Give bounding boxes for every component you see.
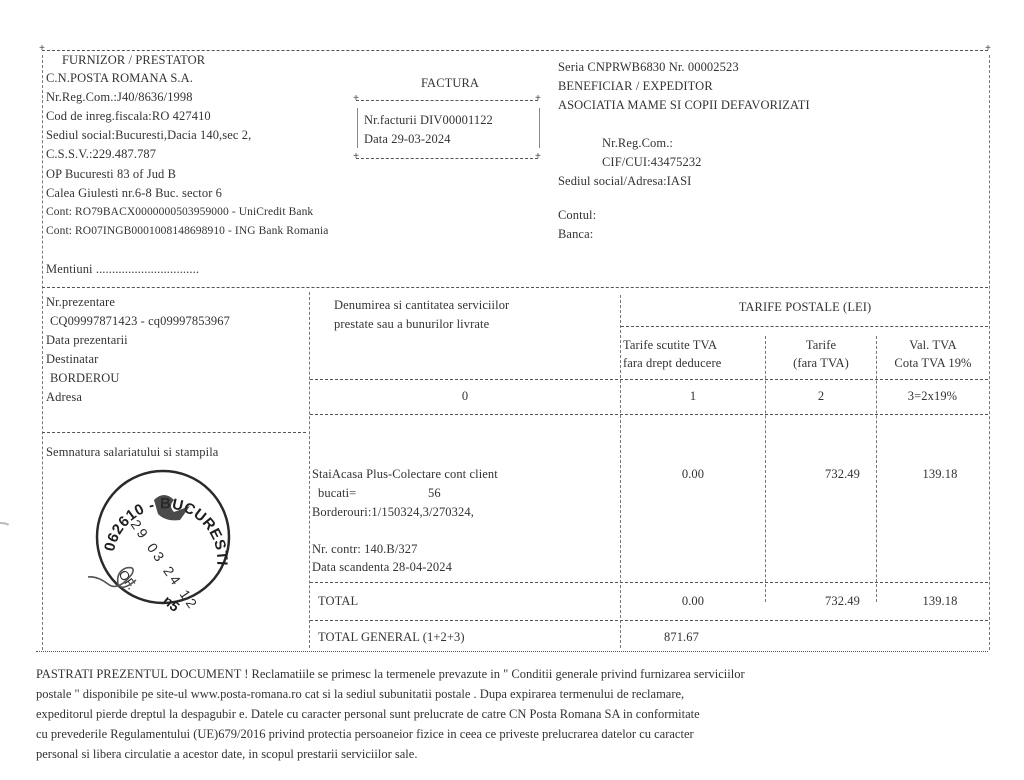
item-exempt-value: 0.00: [621, 465, 765, 484]
desc-header-line-2: prestate sau a bunurilor livrate: [334, 315, 489, 334]
col2-header-line-2: (fara TVA): [768, 354, 874, 373]
header-divider: [42, 287, 988, 288]
presentation-date-label: Data prezentarii: [46, 331, 128, 350]
beneficiary-cif: CIF/CUI:43475232: [602, 153, 702, 172]
col3-header-line-2: Cota TVA 19%: [878, 354, 988, 373]
supplier-heading: FURNIZOR / PRESTATOR: [62, 51, 205, 70]
item-tariff-value: 732.49: [766, 465, 860, 484]
invoice-box-right: [539, 108, 540, 148]
tariffs-header-divider: [621, 326, 988, 327]
supplier-account-2: Cont: RO07INGB0001008148698910 - ING Ban…: [46, 222, 328, 241]
frame-right-border: [989, 55, 990, 650]
item-quantity: 56: [428, 484, 441, 503]
table-index-divider: [310, 414, 988, 415]
supplier-cssv: C.S.S.V.:229.487.787: [46, 145, 156, 164]
supplier-headquarters: Sediul social:Bucuresti,Dacia 140,sec 2,: [46, 126, 251, 145]
col-index-3: 3=2x19%: [877, 387, 988, 406]
col-index-1: 1: [621, 387, 765, 406]
col1-header-line-2: fara drept deducere: [623, 354, 721, 373]
invoice-box-corner: +: [535, 153, 541, 163]
presentation-nr-label: Nr.prezentare: [46, 293, 115, 312]
footer-line: cu prevederile Regulamentului (UE)679/20…: [36, 724, 996, 744]
tariffs-header: TARIFE POSTALE (LEI): [622, 298, 988, 317]
supplier-account-1: Cont: RO79BACX0000000503959000 - UniCred…: [46, 203, 313, 222]
invoice-box-corner: +: [535, 95, 541, 105]
beneficiary-heading: BENEFICIAR / EXPEDITOR: [558, 77, 713, 96]
recipient-label: Destinatar: [46, 350, 98, 369]
item-quantity-label: bucati=: [318, 484, 356, 503]
col-index-0: 0: [310, 387, 620, 406]
col1-header-line-1: Tarife scutite TVA: [623, 336, 717, 355]
col2-header-line-1: Tarife: [768, 336, 874, 355]
footer-line: PASTRATI PREZENTUL DOCUMENT ! Reclamatii…: [36, 664, 996, 684]
footer-line: personal si libera circulatie a acestor …: [36, 744, 996, 764]
invoice-box-corner: +: [353, 153, 359, 163]
item-due-date: Data scandenta 28-04-2024: [312, 558, 452, 577]
beneficiary-address: Sediul social/Adresa:IASI: [558, 172, 691, 191]
post-office-stamp: 062610 - BUCURESTI 83 29 03 24 12 OF. n5: [88, 462, 238, 612]
supplier-address: Calea Giulesti nr.6-8 Buc. sector 6: [46, 184, 222, 203]
footer-line: expeditorul pierde dreptul la despagubir…: [36, 704, 996, 724]
footer-top-divider: [36, 651, 988, 652]
grand-total-divider: [310, 620, 988, 621]
total-divider: [310, 582, 988, 583]
footer-line: postale " disponibile pe site-ul www.pos…: [36, 684, 996, 704]
invoice-box-top: [356, 100, 538, 101]
col3-header-line-1: Val. TVA: [878, 336, 988, 355]
invoice-box-left: [357, 108, 358, 148]
supplier-name: C.N.POSTA ROMANA S.A.: [46, 69, 193, 88]
presentation-nr-value: CQ09997871423 - cq09997853967: [50, 312, 230, 331]
invoice-date: Data 29-03-2024: [364, 130, 451, 149]
scan-punch-hole: [0, 517, 25, 566]
frame-corner: +: [39, 45, 45, 55]
invoice-number: Nr.facturii DIV00001122: [364, 111, 493, 130]
signature-divider: [42, 432, 306, 433]
table-header-divider: [310, 379, 988, 380]
col-index-2: 2: [766, 387, 876, 406]
beneficiary-reg-com: Nr.Reg.Com.:: [602, 134, 673, 153]
total-exempt-value: 0.00: [621, 592, 765, 611]
beneficiary-account: Contul:: [558, 206, 596, 225]
total-tariff-value: 732.49: [766, 592, 860, 611]
item-vat-value: 139.18: [900, 465, 980, 484]
desc-header-line-1: Denumirea si cantitatea serviciilor: [334, 296, 509, 315]
item-borderouri: Borderouri:1/150324,3/270324,: [312, 503, 474, 522]
invoice-title: FACTURA: [400, 74, 500, 93]
frame-left-border: [42, 55, 43, 650]
invoice-box-bottom: [356, 158, 538, 159]
item-service: StaiAcasa Plus-Colectare cont client: [312, 465, 498, 484]
invoice-box-corner: +: [353, 95, 359, 105]
supplier-office: OP Bucuresti 83 of Jud B: [46, 165, 176, 184]
grand-total-value: 871.67: [664, 628, 699, 647]
frame-corner: +: [985, 45, 991, 55]
table-col-divider-3: [876, 336, 877, 602]
footer-notice: PASTRATI PREZENTUL DOCUMENT ! Reclamatii…: [36, 664, 996, 764]
signature-label: Semnatura salariatului si stampila: [46, 443, 218, 462]
supplier-reg-com: Nr.Reg.Com.:J40/8636/1998: [46, 88, 193, 107]
item-contract: Nr. contr: 140.B/327: [312, 540, 417, 559]
total-vat-value: 139.18: [900, 592, 980, 611]
beneficiary-bank: Banca:: [558, 225, 593, 244]
address-label: Adresa: [46, 388, 82, 407]
beneficiary-name: ASOCIATIA MAME SI COPII DEFAVORIZATI: [558, 96, 810, 115]
stamp-icon: 062610 - BUCURESTI 83 29 03 24 12 OF. n5: [88, 462, 238, 612]
recipient-value: BORDEROU: [50, 369, 120, 388]
mentions-field: Mentiuni ...............................…: [46, 260, 199, 279]
total-label: TOTAL: [318, 592, 358, 611]
table-col-divider-desc: [309, 292, 310, 648]
supplier-fiscal-code: Cod de inreg.fiscala:RO 427410: [46, 107, 211, 126]
invoice-series: Seria CNPRWB6830 Nr. 00002523: [558, 58, 739, 77]
grand-total-label: TOTAL GENERAL (1+2+3): [318, 628, 465, 647]
